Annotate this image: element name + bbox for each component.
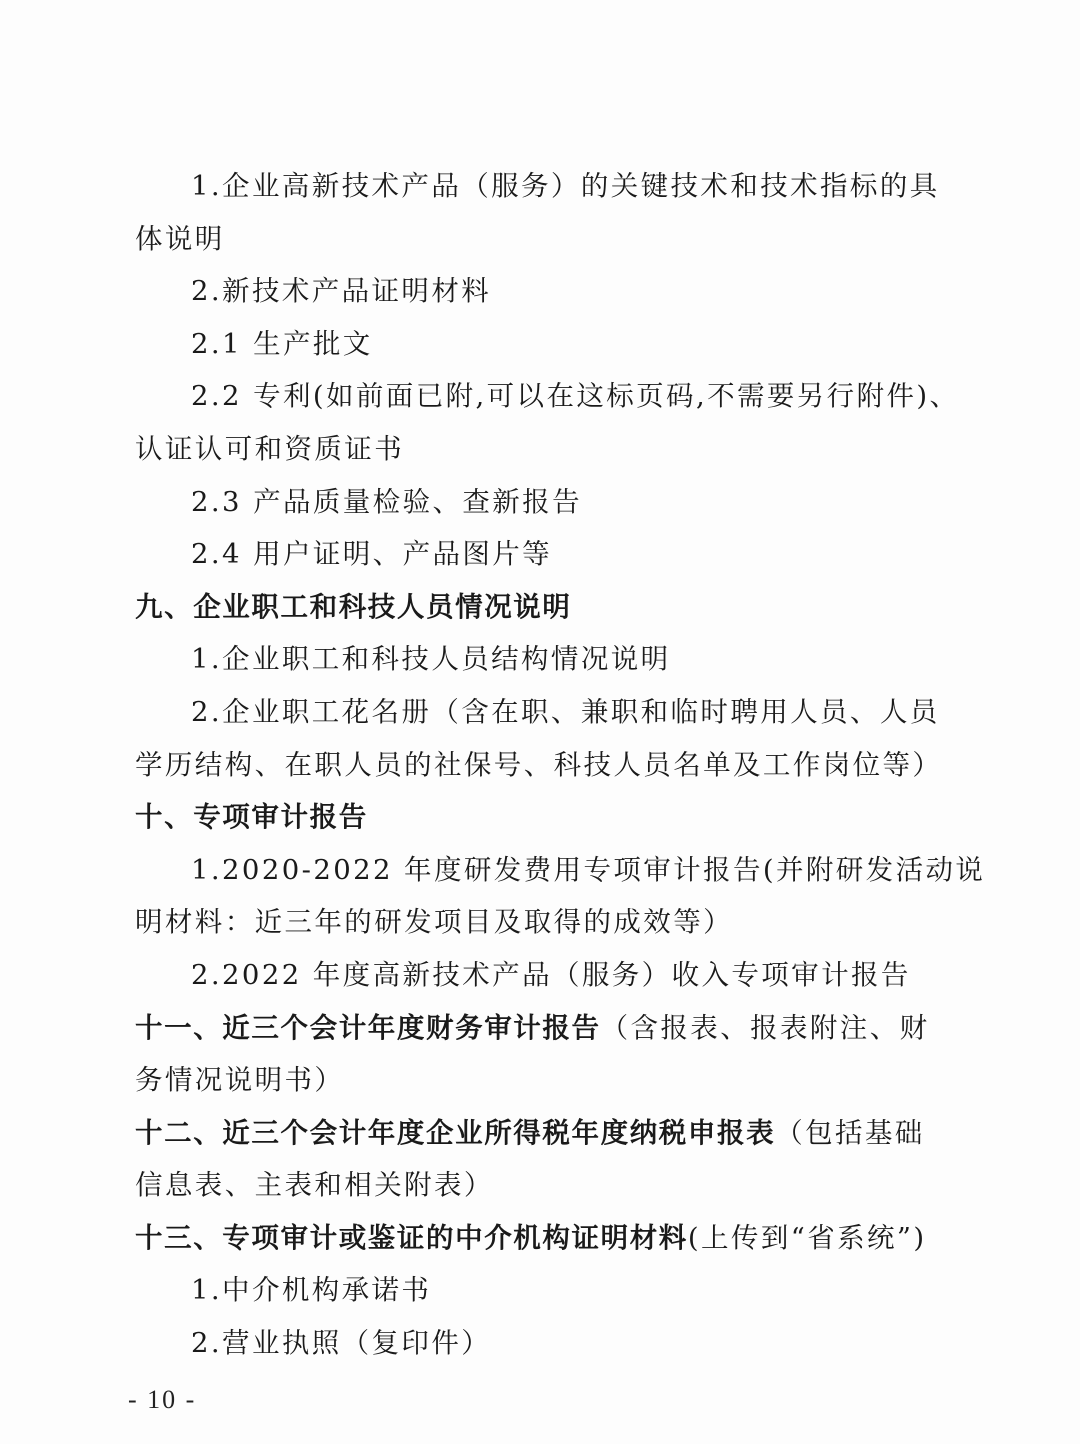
heading-text: 十二、近三个会计年度企业所得税年度纳税申报表 [135,1117,775,1149]
line-text: 2.2 专利(如前面已附,可以在这标页码,不需要另行附件)、 [191,380,959,412]
line-text: 认证认可和资质证书 [135,433,404,465]
heading-text: 九、企业职工和科技人员情况说明 [135,591,572,623]
list-item-staff-structure: 1.企业职工和科技人员结构情况说明 [135,633,925,686]
list-item-continuation: 学历结构、在职人员的社保号、科技人员名单及工作岗位等） [135,739,925,792]
heading-note: （包括基础 [775,1117,925,1149]
list-item-continuation: 务情况说明书） [135,1054,925,1107]
list-item-agency-commitment: 1.中介机构承诺书 [135,1264,925,1317]
section-heading-10: 十、专项审计报告 [135,791,925,844]
document-page: 1.企业高新技术产品（服务）的关键技术和技术指标的具 体说明 2.新技术产品证明… [0,0,1080,1444]
line-text: 明材料：近三年的研发项目及取得的成效等） [135,906,733,938]
line-text: 2.2022 年度高新技术产品（服务）收入专项审计报告 [191,959,911,991]
list-item-new-tech-proof: 2.新技术产品证明材料 [135,265,925,318]
list-item-quality-inspection: 2.3 产品质量检验、查新报告 [135,476,925,529]
heading-note: （含报表、报表附注、财 [601,1012,930,1044]
page-number: - 10 - [128,1385,196,1415]
line-text: 2.营业执照（复印件） [191,1327,491,1359]
heading-text: 十、专项审计报告 [135,801,368,833]
section-heading-11: 十一、近三个会计年度财务审计报告（含报表、报表附注、财 [135,1002,925,1055]
line-text: 务情况说明书） [135,1064,344,1096]
line-text: 体说明 [135,223,225,255]
list-item-production-approval: 2.1 生产批文 [135,318,925,371]
line-text: 2.4 用户证明、产品图片等 [191,538,552,570]
line-text: 1.中介机构承诺书 [191,1274,431,1306]
list-item-user-proof: 2.4 用户证明、产品图片等 [135,528,925,581]
list-item-key-tech-description: 1.企业高新技术产品（服务）的关键技术和技术指标的具 [135,160,925,213]
section-heading-12: 十二、近三个会计年度企业所得税年度纳税申报表（包括基础 [135,1107,925,1160]
list-item-business-license: 2.营业执照（复印件） [135,1317,925,1370]
line-text: 1.企业高新技术产品（服务）的关键技术和技术指标的具 [191,170,940,202]
line-text: 1.2020-2022 年度研发费用专项审计报告(并附研发活动说 [191,854,985,886]
line-text: 2.企业职工花名册（含在职、兼职和临时聘用人员、人员 [191,696,940,728]
line-text: 学历结构、在职人员的社保号、科技人员名单及工作岗位等） [135,749,942,781]
line-text: 2.3 产品质量检验、查新报告 [191,486,582,518]
list-item-continuation: 明材料：近三年的研发项目及取得的成效等） [135,896,925,949]
list-item-income-audit: 2.2022 年度高新技术产品（服务）收入专项审计报告 [135,949,925,1002]
document-body: 1.企业高新技术产品（服务）的关键技术和技术指标的具 体说明 2.新技术产品证明… [135,160,925,1370]
line-text: 2.新技术产品证明材料 [191,275,491,307]
list-item-continuation: 认证认可和资质证书 [135,423,925,476]
line-text: 信息表、主表和相关附表） [135,1169,494,1201]
heading-text: 十一、近三个会计年度财务审计报告 [135,1012,601,1044]
section-heading-13: 十三、专项审计或鉴证的中介机构证明材料(上传到“省系统”) [135,1212,925,1265]
line-text: 1.企业职工和科技人员结构情况说明 [191,643,671,675]
list-item-continuation: 体说明 [135,213,925,266]
line-text: 2.1 生产批文 [191,328,373,360]
section-heading-9: 九、企业职工和科技人员情况说明 [135,581,925,634]
list-item-rd-audit: 1.2020-2022 年度研发费用专项审计报告(并附研发活动说 [135,844,925,897]
list-item-staff-roster: 2.企业职工花名册（含在职、兼职和临时聘用人员、人员 [135,686,925,739]
heading-text: 十三、专项审计或鉴证的中介机构证明材料 [135,1222,688,1254]
heading-note: (上传到“省系统”) [688,1222,927,1254]
list-item-continuation: 信息表、主表和相关附表） [135,1159,925,1212]
list-item-patents: 2.2 专利(如前面已附,可以在这标页码,不需要另行附件)、 [135,370,925,423]
